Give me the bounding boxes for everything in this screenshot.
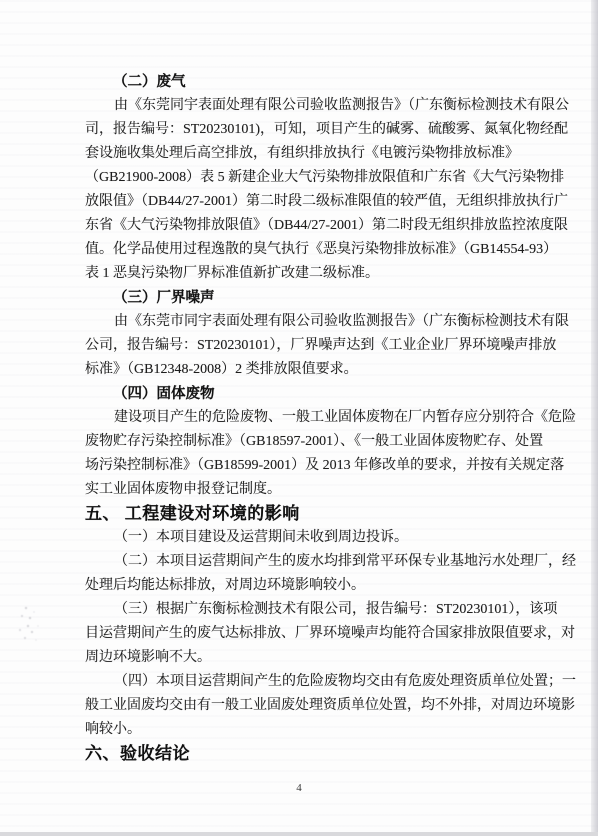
text-line: （四）本项目运营期间产生的危险废物均交由有危废处理资质单位处置；一	[85, 670, 525, 694]
text-line: （三）根据广东衡标检测技术有限公司，报告编号：ST20230101），该项	[85, 598, 525, 622]
text-line: 由《东莞同宇表面处理有限公司验收监测报告》（广东衡标检测技术有限公	[85, 94, 525, 118]
scan-smudge-mark	[12, 600, 44, 650]
text-line: 表 1 恶臭污染物厂界标准值新扩改建二级标准。	[85, 262, 525, 286]
text-line: 建设项目产生的危险废物、一般工业固体废物在厂内暂存应分别符合《危险	[85, 406, 525, 430]
text-line: 由《东莞市同宇表面处理有限公司验收监测报告》（广东衡标检测技术有限	[85, 310, 525, 334]
text-line: 实工业固体废物申报登记制度。	[85, 478, 525, 502]
text-line: （二）本项目运营期间产生的废水均排到常平环保专业基地污水处理厂，经	[85, 550, 525, 574]
subsection-heading-solid-waste: （四）固体废物	[85, 382, 525, 406]
subsection-heading-waste-gas: （二）废气	[85, 70, 525, 94]
text-line: 废物贮存污染控制标准》（GB18597-2001）、《一般工业固体废物贮存、处置	[85, 430, 525, 454]
document-body: （二）废气 由《东莞同宇表面处理有限公司验收监测报告》（广东衡标检测技术有限公 …	[85, 70, 525, 766]
scan-page-bottom-edge	[0, 832, 598, 836]
text-line: 目运营期间产生的废气达标排放、厂界环境噪声均能符合国家排放限值要求，对	[85, 622, 525, 646]
text-line: 般工业固废均交由有一般工业固废处理资质单位处置，均不外排，对周边环境影	[85, 694, 525, 718]
text-line: 值。化学品使用过程逸散的臭气执行《恶臭污染物排放标准》（GB14554-93）	[85, 238, 525, 262]
section-heading-acceptance-conclusion: 六、验收结论	[85, 742, 525, 766]
text-line: （GB21900-2008）表 5 新建企业大气污染物排放限值和广东省《大气污染…	[85, 166, 525, 190]
scanned-document-page: （二）废气 由《东莞同宇表面处理有限公司验收监测报告》（广东衡标检测技术有限公 …	[0, 0, 598, 836]
text-line: 场污染控制标准》（GB18599-2001）及 2013 年修改单的要求，并按有…	[85, 454, 525, 478]
text-line: 响较小。	[85, 718, 525, 742]
text-line: 司，报告编号：ST20230101)，可知，项目产生的碱雾、硫酸雾、氮氧化物经配	[85, 118, 525, 142]
page-number: 4	[0, 782, 598, 794]
subsection-heading-boundary-noise: （三）厂界噪声	[85, 286, 525, 310]
text-line: 套设施收集处理后高空排放，有组织排放执行《电镀污染物排放标准》	[85, 142, 525, 166]
text-line: 标准》（GB12348-2008）2 类排放限值要求。	[85, 358, 525, 382]
section-heading-environmental-impact: 五、 工程建设对环境的影响	[85, 502, 525, 526]
text-line: 东省《大气污染物排放限值》（DB44/27-2001）第二时段无组织排放监控浓度…	[85, 214, 525, 238]
text-line: 公司，报告编号：ST20230101），厂界噪声达到《工业企业厂界环境噪声排放	[85, 334, 525, 358]
text-line: 周边环境影响不大。	[85, 646, 525, 670]
text-line: （一）本项目建设及运营期间未收到周边投诉。	[85, 526, 525, 550]
text-line: 处理后均能达标排放，对周边环境影响较小。	[85, 574, 525, 598]
text-line: 放限值》（DB44/27-2001）第二时段二级标准限值的较严值，无组织排放执行…	[85, 190, 525, 214]
scan-page-right-edge	[591, 0, 598, 836]
